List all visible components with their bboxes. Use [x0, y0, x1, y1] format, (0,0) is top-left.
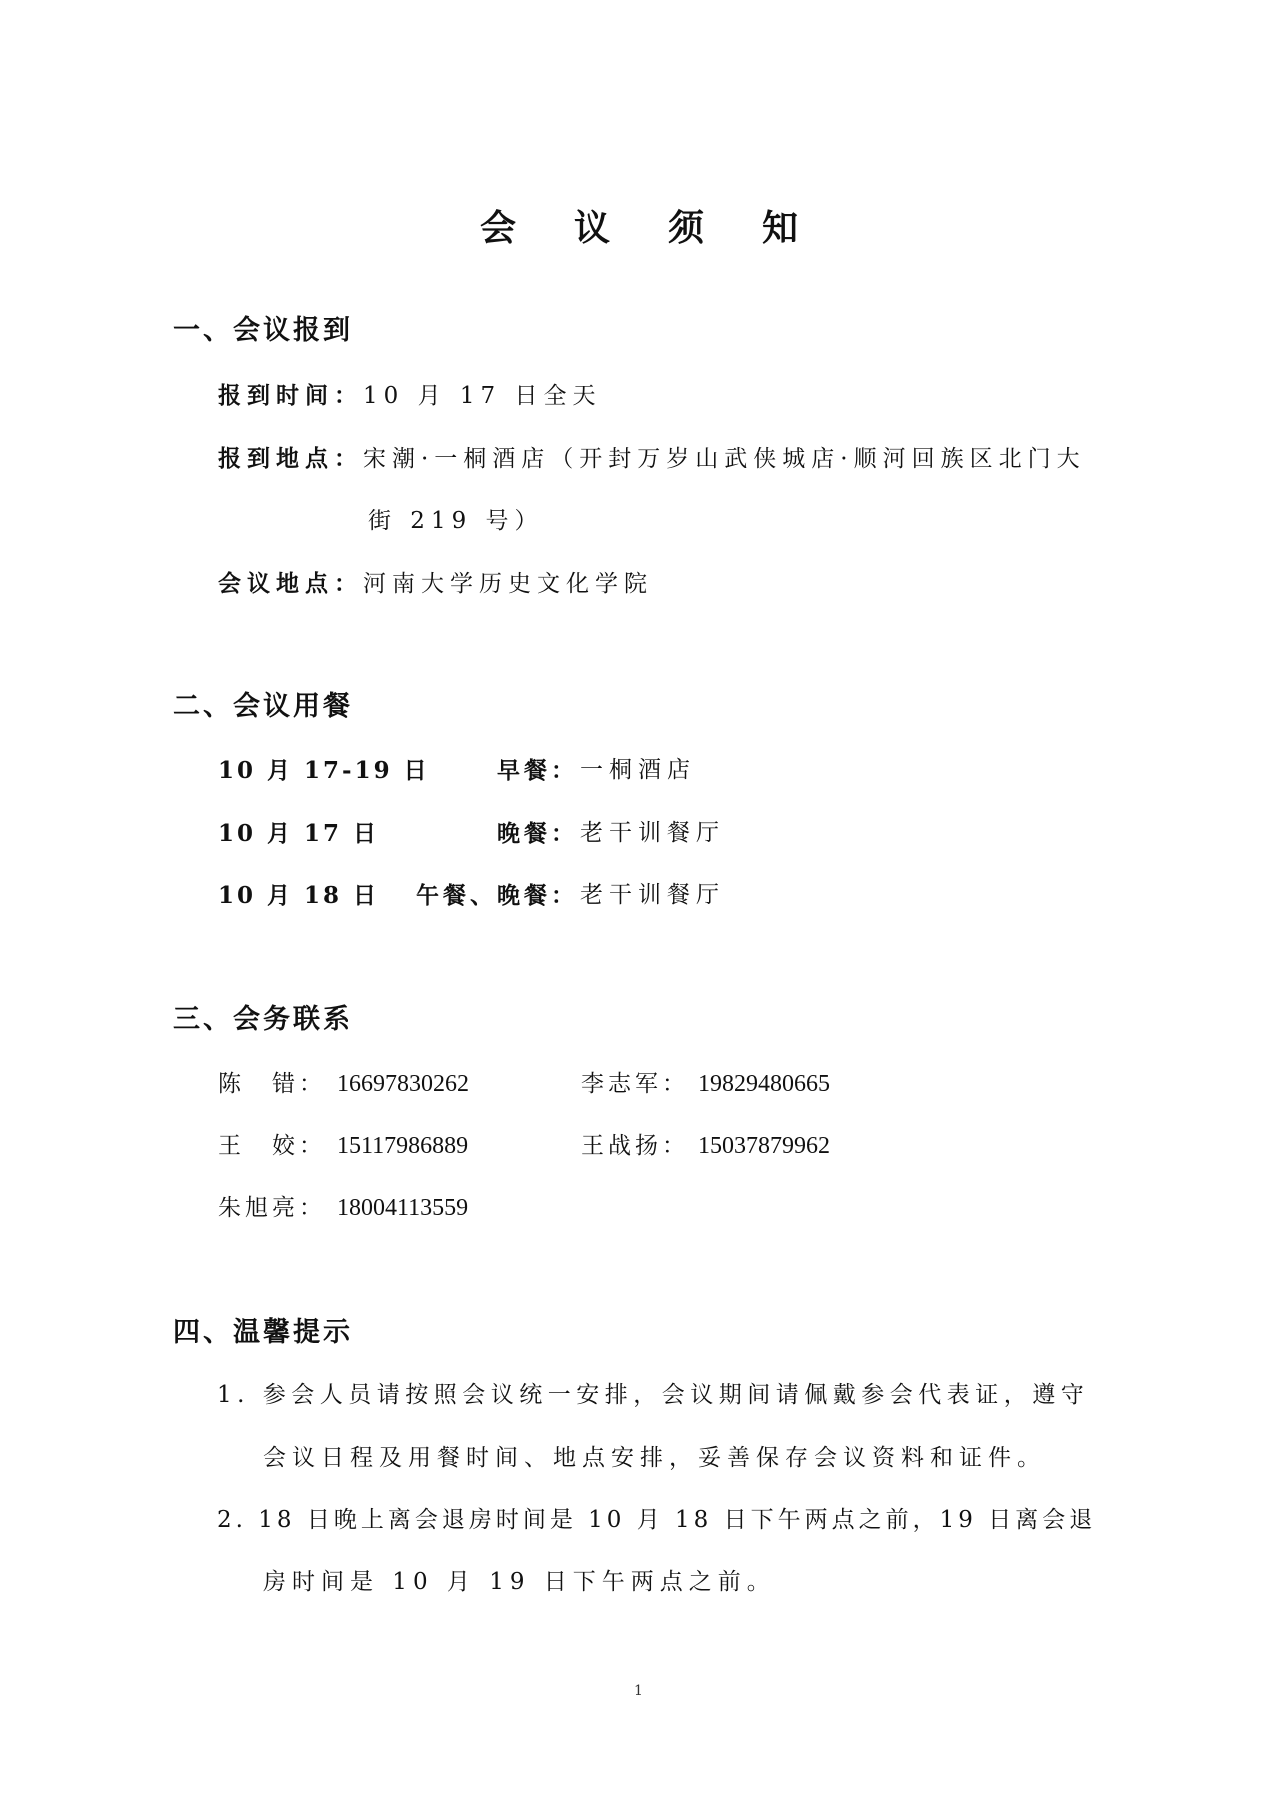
title-char: 须: [668, 210, 704, 246]
section-heading-registration: 一、会议报到: [173, 317, 353, 344]
meal-type: 午餐、晚餐：: [378, 884, 578, 907]
section-heading-tips: 四、温馨提示: [173, 1319, 353, 1346]
contact-phone: 18004113559: [337, 1196, 468, 1220]
title-char: 议: [574, 210, 610, 246]
registration-time-value: 10 月 17 日全天: [363, 383, 601, 409]
meal-type: 早餐：: [378, 759, 578, 782]
page-title: 会议须知: [0, 210, 1278, 246]
registration-place-row: 报到地点：宋潮·一桐酒店（开封万岁山武侠城店·顺河回族区北门大: [218, 447, 1086, 471]
tip-item-1-continued: 会议日程及用餐时间、地点安排，妥善保存会议资料和证件。: [263, 1447, 1046, 1470]
section-heading-meals: 二、会议用餐: [173, 693, 353, 720]
registration-time-row: 报到时间：10 月 17 日全天: [218, 384, 601, 408]
meal-date: 10 月 18 日: [218, 884, 379, 907]
page-number: 1: [634, 1684, 643, 1698]
registration-place-continued: 街 219 号）: [368, 510, 544, 533]
contact-phone: 19829480665: [698, 1072, 830, 1096]
meal-place: 老干训餐厅: [580, 884, 725, 907]
meal-type: 晚餐：: [378, 822, 578, 845]
registration-time-label: 报到时间：: [218, 382, 363, 409]
section-heading-contacts: 三、会务联系: [173, 1006, 353, 1033]
contact-phone: 15037879962: [698, 1134, 830, 1158]
tip-item-2-continued: 房时间是 10 月 19 日下午两点之前。: [263, 1571, 776, 1594]
contact-name: 朱旭亮：: [218, 1197, 326, 1220]
tip-item-1: 1. 参会人员请按照会议统一安排，会议期间请佩戴参会代表证，遵守: [217, 1384, 1089, 1407]
contact-name: 李志军：: [581, 1073, 689, 1096]
title-char: 知: [762, 210, 798, 246]
contact-name: 王 姣：: [218, 1135, 326, 1158]
registration-place-value: 宋潮·一桐酒店（开封万岁山武侠城店·顺河回族区北门大: [363, 446, 1086, 472]
registration-place-label: 报到地点：: [218, 445, 363, 472]
venue-value: 河南大学历史文化学院: [363, 571, 653, 597]
contact-phone: 16697830262: [337, 1072, 469, 1096]
contact-name: 陈 错：: [218, 1073, 326, 1096]
meal-date: 10 月 17 日: [218, 822, 379, 845]
contact-name: 王战扬：: [581, 1135, 689, 1158]
venue-label: 会议地点：: [218, 570, 363, 597]
title-char: 会: [480, 210, 516, 246]
contact-phone: 15117986889: [337, 1134, 468, 1158]
meal-place: 一桐酒店: [580, 759, 696, 782]
venue-row: 会议地点：河南大学历史文化学院: [218, 572, 653, 596]
meal-place: 老干训餐厅: [580, 822, 725, 845]
tip-item-2: 2. 18 日晚上离会退房时间是 10 月 18 日下午两点之前，19 日离会退: [217, 1509, 1096, 1532]
